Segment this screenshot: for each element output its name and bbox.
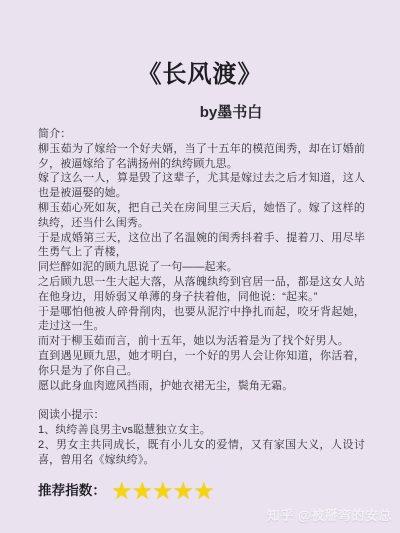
rating-row: 推荐指数： ★ ★ ★ ★ ★ bbox=[38, 481, 365, 503]
watermark-text: 知乎 @被掰弯的安总 bbox=[267, 508, 392, 523]
intro-paragraph: 愿以此身血肉遮风挡雨，护她衣裙无尘，鬓角无霜。 bbox=[38, 379, 365, 394]
content-body: 简介： 柳玉茹为了嫁给一个好夫婿，当了十五年的模范闺秀，却在订婚前夕，被逼嫁给了… bbox=[38, 127, 365, 503]
intro-paragraph: 嫁了这么一人，算是毁了这辈子，尤其是嫁过去之后才知道，这人也是被逼娶的她。 bbox=[38, 171, 365, 201]
intro-paragraph: 柳玉茹为了嫁给一个好夫婿，当了十五年的模范闺秀，却在订婚前夕，被逼嫁给了名满扬州… bbox=[38, 142, 365, 172]
star-rating: ★ ★ ★ ★ ★ bbox=[111, 481, 214, 503]
rating-label: 推荐指数： bbox=[38, 484, 106, 499]
star-icon: ★ bbox=[132, 481, 153, 503]
intro-paragraph: 同烂醉如泥的顾九思说了一句——起来。 bbox=[38, 260, 365, 275]
intro-label: 简介： bbox=[38, 127, 365, 142]
star-icon: ★ bbox=[173, 481, 194, 503]
star-icon: ★ bbox=[193, 481, 214, 503]
star-icon: ★ bbox=[152, 481, 173, 503]
book-author: by墨书白 bbox=[31, 101, 400, 122]
star-icon: ★ bbox=[111, 481, 132, 503]
watermark: 知乎 @被掰弯的安总 bbox=[267, 505, 392, 524]
intro-paragraph: 之后顾九思一生大起大落，从落魄纨绔到官居一品，都是这女人站在他身边，用娇弱又单薄… bbox=[38, 275, 365, 305]
intro-paragraph: 而对于柳玉茹而言，前十五年，她以为活着是为了找个好男人。 bbox=[38, 334, 365, 349]
intro-paragraph: 于是哪怕他被人碎骨削肉，也要从泥泞中挣扎而起，咬牙背起她，走过这一生。 bbox=[38, 305, 365, 335]
intro-paragraph: 直到遇见顾九思，她才明白，一个好的男人会让你知道，你活着，你只是为了你自己。 bbox=[38, 349, 365, 379]
intro-paragraph: 柳玉茹心死如灰，把自己关在房间里三天后，她悟了。嫁了这样的纨绔，还当什么闺秀。 bbox=[38, 201, 365, 231]
intro-paragraph: 于是成婚第三天，这位出了名温婉的闺秀抖着手、提着刀、用尽毕生勇气上了青楼， bbox=[38, 231, 365, 261]
tip-item: 2、男女主共同成长，既有小儿女的爱情，又有家国大义，人设讨喜，曾用名《嫁纨绔》。 bbox=[38, 438, 365, 468]
tip-item: 1、纨绔善良男主vs聪慧独立女主。 bbox=[38, 423, 365, 438]
book-title: 《长风渡》 bbox=[0, 54, 400, 89]
book-recommendation-card: 《长风渡》 by墨书白 简介： 柳玉茹为了嫁给一个好夫婿，当了十五年的模范闺秀，… bbox=[0, 0, 400, 533]
tips-label: 阅读小提示： bbox=[38, 408, 365, 423]
